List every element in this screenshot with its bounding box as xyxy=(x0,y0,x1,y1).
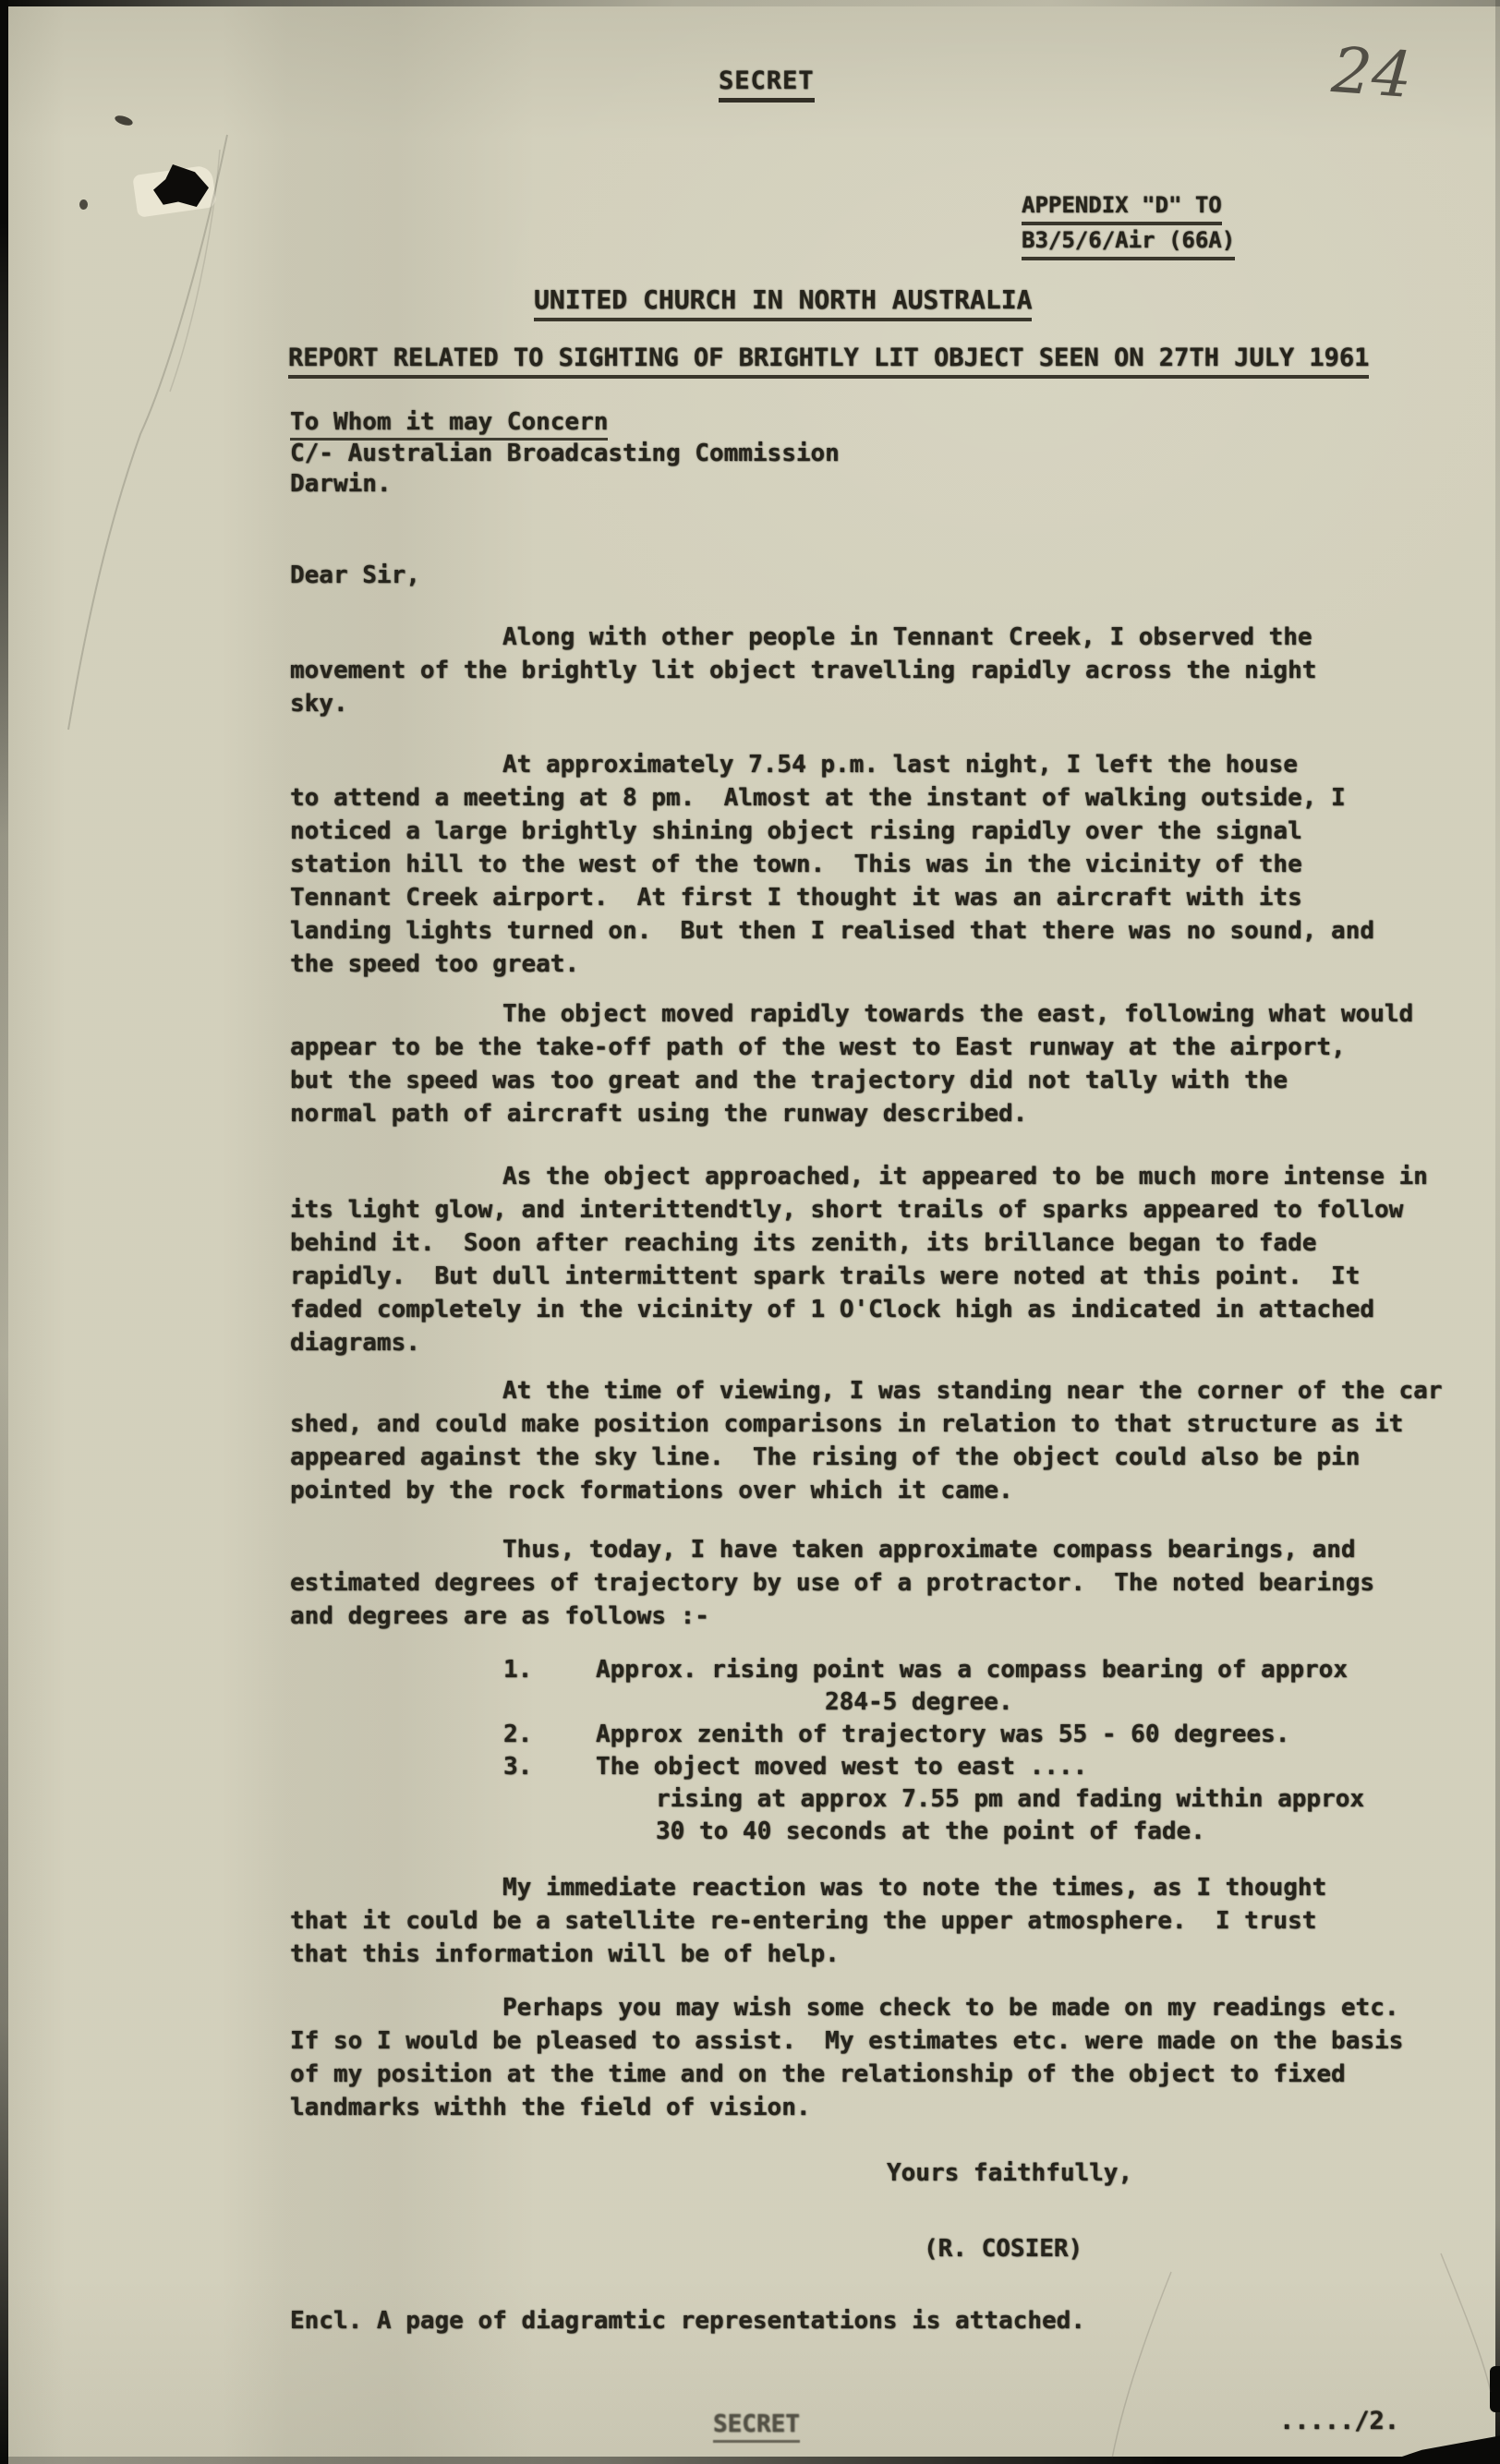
appendix-line-2: B3/5/6/Air (66A) xyxy=(1022,225,1235,260)
list-item-1-text: Approx. rising point was a compass beari… xyxy=(596,1653,1348,1686)
recipient-to-line: To Whom it may Concern xyxy=(290,408,608,441)
appendix-reference: APPENDIX "D" TO B3/5/6/Air (66A) xyxy=(1022,190,1235,260)
paragraph-7: My immediate reaction was to note the ti… xyxy=(290,1871,1472,1971)
appendix-line-1: APPENDIX "D" TO xyxy=(1022,190,1222,225)
report-title: REPORT RELATED TO SIGHTING OF BRIGHTLY L… xyxy=(288,344,1369,379)
signatory-name: (R. COSIER) xyxy=(924,2235,1083,2263)
list-item-3-cont-1: rising at approx 7.55 pm and fading with… xyxy=(656,1782,1364,1816)
list-item-3-text: The object moved west to east .... xyxy=(596,1750,1087,1783)
organisation-title: UNITED CHURCH IN NORTH AUSTRALIA xyxy=(534,284,1032,321)
scanned-letter-page: SECRET 24 APPENDIX "D" TO B3/5/6/Air (66… xyxy=(0,0,1500,2464)
paragraph-2: At approximately 7.54 p.m. last night, I… xyxy=(290,748,1472,981)
recipient-city-line: Darwin. xyxy=(290,470,392,498)
paragraph-1: Along with other people in Tennant Creek… xyxy=(290,621,1472,720)
paragraph-4: As the object approached, it appeared to… xyxy=(290,1160,1472,1359)
paragraph-3: The object moved rapidly towards the eas… xyxy=(290,997,1472,1130)
salutation: Dear Sir, xyxy=(290,562,420,589)
paragraph-8: Perhaps you may wish some check to be ma… xyxy=(290,1991,1472,2124)
handwritten-page-number: 24 xyxy=(1329,34,1414,113)
list-item-3-cont-2: 30 to 40 seconds at the point of fade. xyxy=(656,1815,1205,1848)
list-item-2-number: 2. xyxy=(503,1718,532,1751)
list-item-2-text: Approx zenith of trajectory was 55 - 60 … xyxy=(596,1718,1289,1751)
paragraph-5: At the time of viewing, I was standing n… xyxy=(290,1374,1472,1507)
classification-stamp-bottom: SECRET xyxy=(713,2410,800,2443)
continuation-page-reference: ...../2. xyxy=(1279,2407,1399,2435)
recipient-care-of-line: C/- Australian Broadcasting Commission xyxy=(290,440,840,467)
valediction: Yours faithfully, xyxy=(887,2159,1132,2187)
list-item-3-number: 3. xyxy=(503,1750,532,1783)
paragraph-6: Thus, today, I have taken approximate co… xyxy=(290,1533,1472,1633)
list-item-1-number: 1. xyxy=(503,1653,532,1686)
enclosure-note: Encl. A page of diagramtic representatio… xyxy=(290,2307,1085,2335)
classification-stamp-top: SECRET xyxy=(719,66,815,103)
list-item-1-text-cont: 284-5 degree. xyxy=(825,1685,1013,1719)
